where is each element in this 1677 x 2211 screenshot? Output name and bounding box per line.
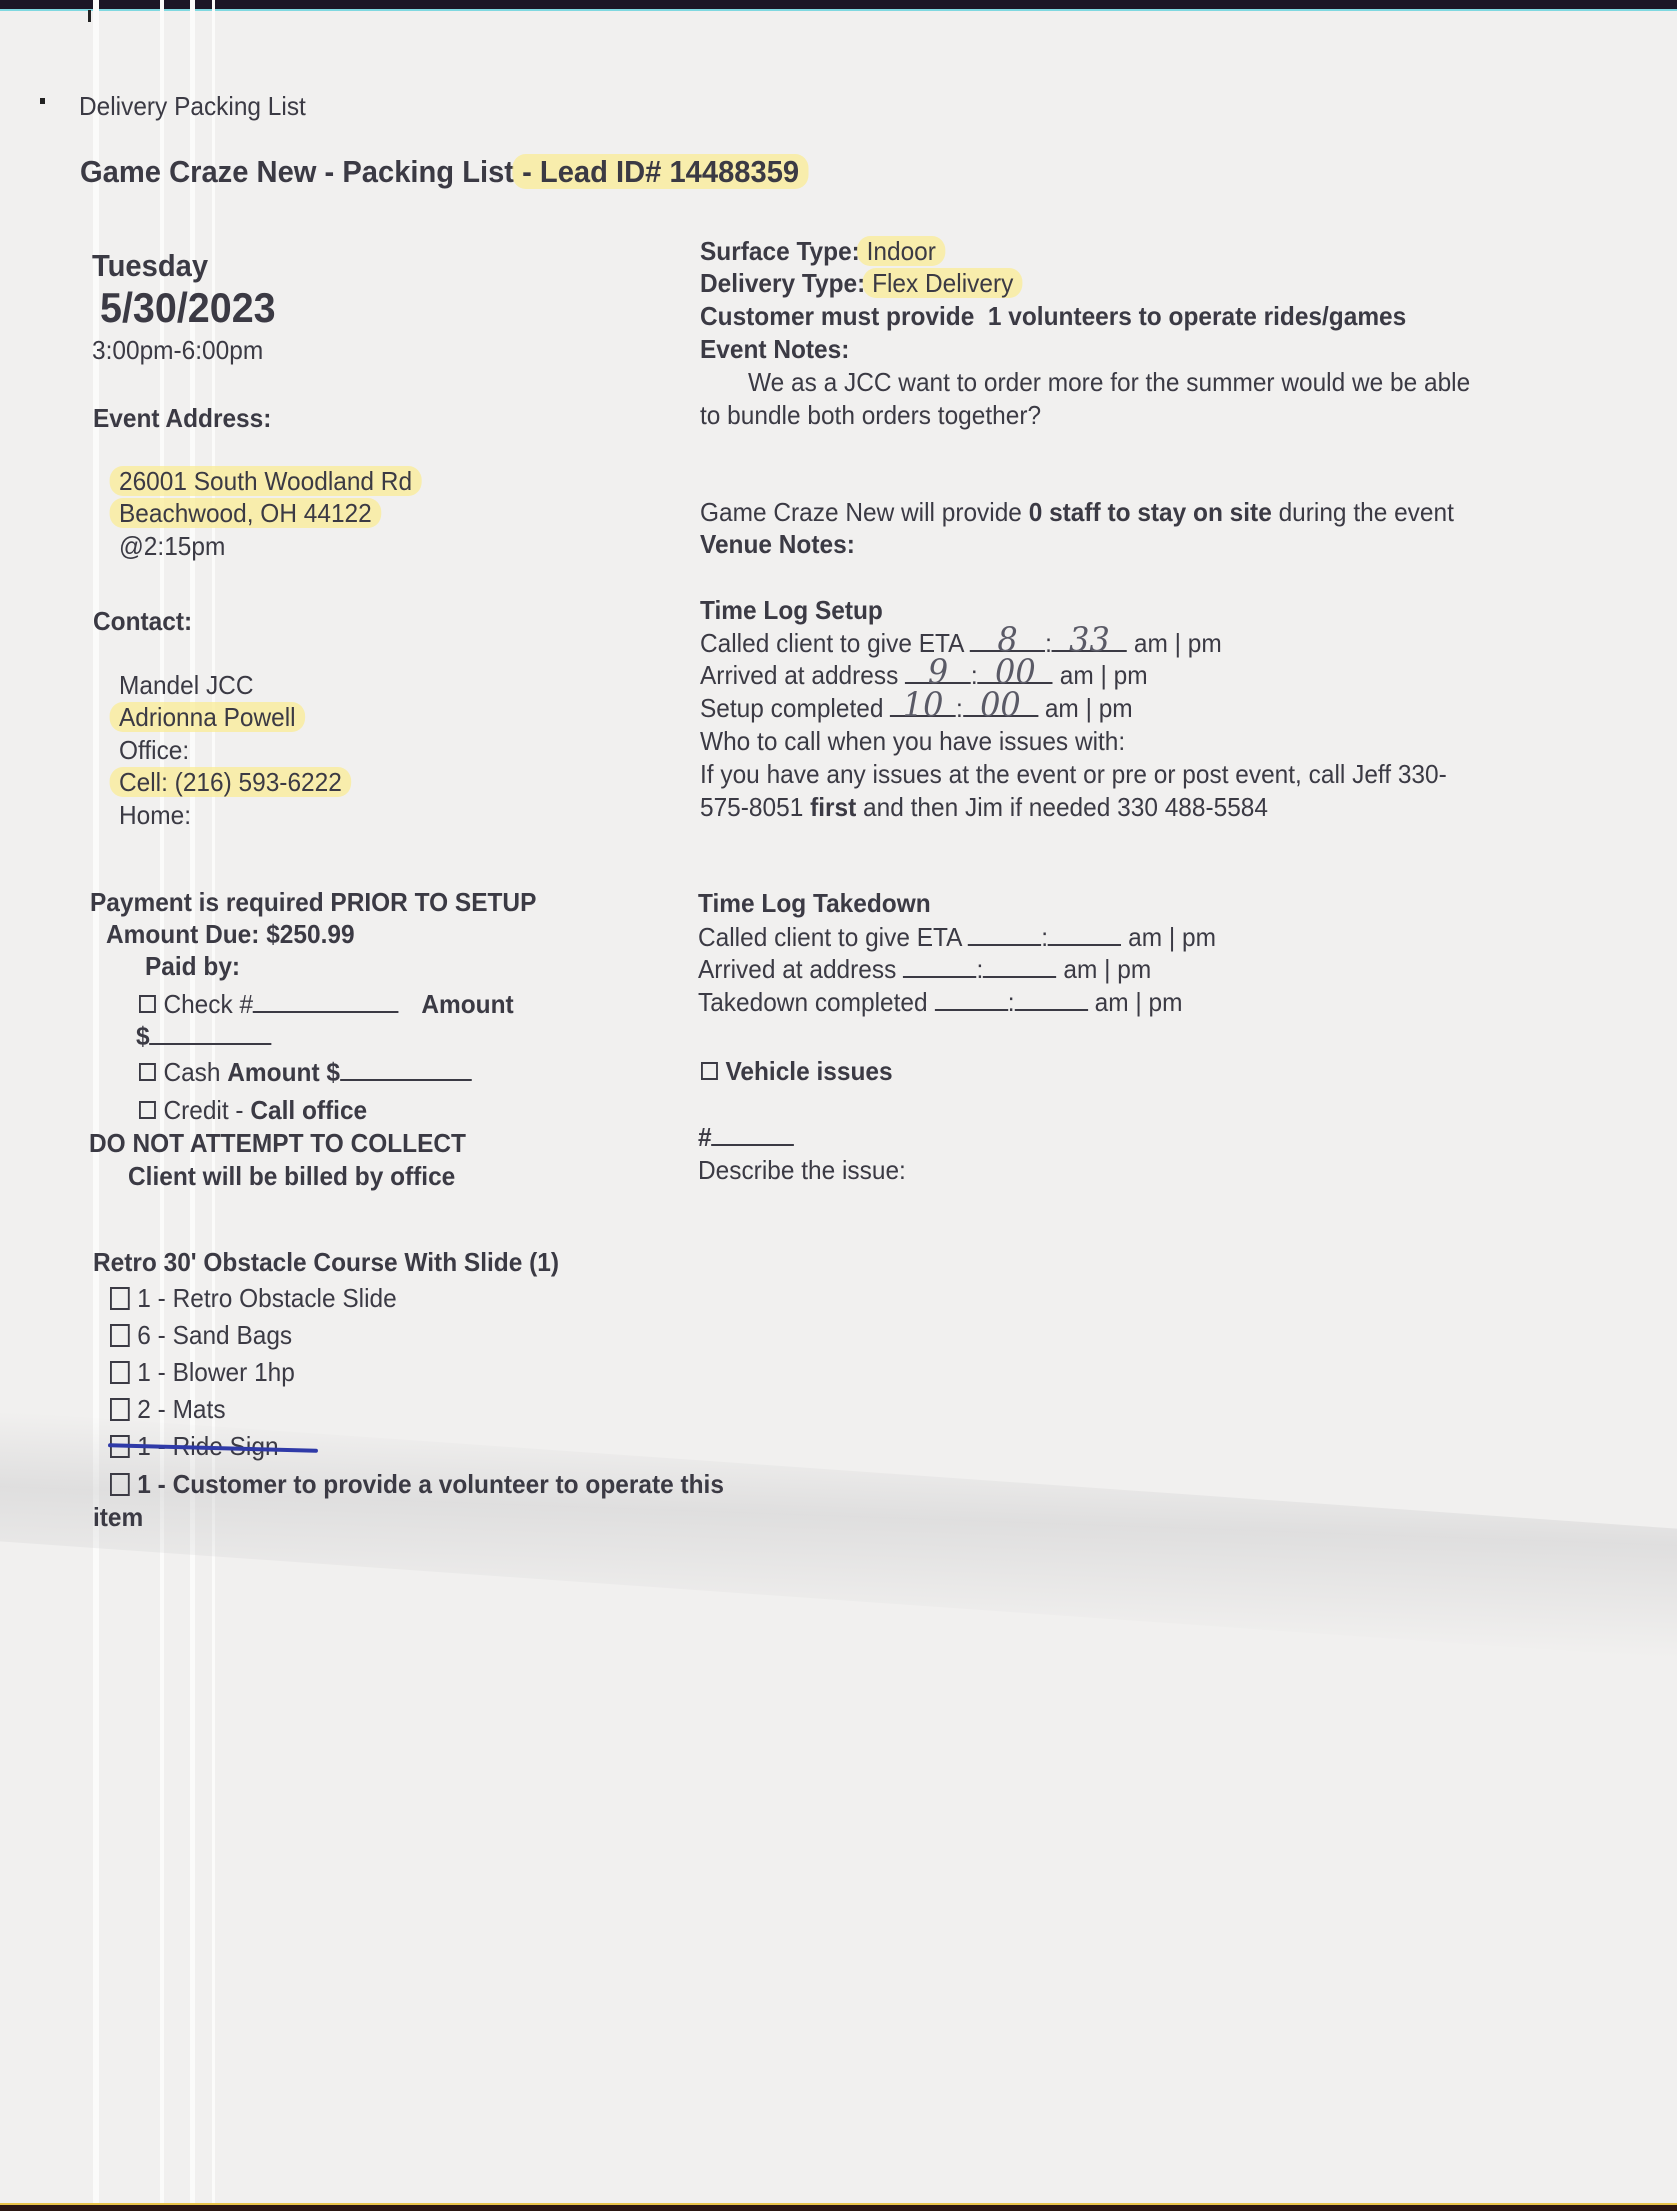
surface-type: Surface Type: Indoor: [700, 235, 936, 267]
contact-label: Contact:: [93, 605, 192, 637]
payment-heading: Payment is required PRIOR TO SETUP: [90, 886, 536, 918]
event-notes-line1: We as a JCC want to order more for the s…: [748, 366, 1470, 398]
time-log-takedown-row: Arrived at address : am | pm: [698, 953, 1151, 985]
checkbox[interactable]: [139, 1101, 156, 1119]
minute-field[interactable]: [1015, 987, 1088, 1011]
scan-edge-bottom: [0, 2203, 1677, 2211]
paid-by-label: Paid by:: [145, 950, 240, 982]
time-log-takedown-row: Called client to give ETA : am | pm: [698, 921, 1216, 953]
time-log-takedown-row: Takedown completed : am | pm: [698, 986, 1182, 1018]
venue-notes-label: Venue Notes:: [700, 528, 855, 560]
packing-item[interactable]: 2 - Mats: [110, 1393, 226, 1425]
title-main: Game Craze New - Packing List: [80, 154, 522, 189]
address-line1: 26001 South Woodland Rd: [119, 465, 412, 497]
lead-id: - Lead ID# 14488359: [513, 154, 809, 189]
issues-line2: 575-8051 first and then Jim if needed 33…: [700, 791, 1268, 823]
arrival-time: @2:15pm: [119, 530, 225, 562]
check-amount-field[interactable]: $: [136, 1020, 272, 1052]
minute-field[interactable]: [983, 954, 1056, 978]
hour-field[interactable]: [968, 922, 1041, 946]
volunteer-item-cont: item: [93, 1501, 143, 1533]
payment-check-option[interactable]: Check #Amount: [139, 988, 514, 1020]
vehicle-issues-option[interactable]: Vehicle issues: [701, 1055, 893, 1087]
checkbox[interactable]: [110, 1287, 130, 1310]
delivery-type: Delivery Type: Flex Delivery: [700, 267, 1013, 299]
contact-name: Adrionna Powell: [119, 701, 296, 733]
contact-cell: Cell: (216) 593-6222: [119, 766, 342, 798]
contact-organization: Mandel JCC: [119, 669, 253, 701]
hour-field[interactable]: [934, 987, 1007, 1011]
payment-credit-option[interactable]: Credit - Call office: [139, 1094, 367, 1126]
amount-due: Amount Due: $250.99: [106, 918, 355, 950]
checkbox[interactable]: [139, 1063, 156, 1081]
packing-item[interactable]: 1 - Blower 1hp: [110, 1356, 295, 1388]
scan-streak: [93, 0, 99, 2211]
issues-line1: If you have any issues at the event or p…: [700, 758, 1447, 790]
vehicle-number-field[interactable]: #: [698, 1121, 794, 1153]
event-time: 3:00pm-6:00pm: [92, 334, 263, 366]
do-not-collect-warning: DO NOT ATTEMPT TO COLLECT: [89, 1127, 466, 1159]
scan-mark: [88, 10, 91, 22]
packing-item[interactable]: 6 - Sand Bags: [110, 1319, 292, 1351]
packing-item[interactable]: 1 - Retro Obstacle Slide: [110, 1282, 397, 1314]
checkbox[interactable]: [110, 1473, 130, 1496]
contact-home: Home:: [119, 799, 191, 831]
time-log-setup-row: Setup completed 10:00 am | pm: [700, 692, 1133, 724]
checkbox[interactable]: [701, 1062, 718, 1080]
volunteers-required: Customer must provide 1 volunteers to op…: [700, 300, 1406, 332]
event-date: 5/30/2023: [100, 284, 276, 332]
bullet-mark: [40, 98, 45, 104]
event-notes-line2: to bundle both orders together?: [700, 399, 1041, 431]
hour-field[interactable]: 8: [970, 628, 1045, 652]
event-address-label: Event Address:: [93, 402, 271, 434]
hour-field[interactable]: 9: [905, 660, 971, 684]
time-log-setup-row: Called client to give ETA 8:33 am | pm: [700, 627, 1222, 659]
describe-issue-label: Describe the issue:: [698, 1154, 906, 1186]
minute-field[interactable]: 00: [963, 693, 1038, 717]
event-day: Tuesday: [92, 249, 208, 283]
who-to-call: Who to call when you have issues with:: [700, 725, 1125, 757]
contact-office: Office:: [119, 734, 189, 766]
hour-field[interactable]: 10: [890, 693, 956, 717]
vehicle-number-blank[interactable]: [712, 1122, 795, 1146]
document-type: Delivery Packing List: [79, 90, 306, 122]
address-line2: Beachwood, OH 44122: [119, 497, 372, 529]
checkbox[interactable]: [110, 1361, 130, 1384]
minute-field[interactable]: 00: [978, 660, 1053, 684]
volunteer-item[interactable]: 1 - Customer to provide a volunteer to o…: [110, 1468, 724, 1500]
billed-note: Client will be billed by office: [128, 1160, 455, 1192]
time-log-takedown-heading: Time Log Takedown: [698, 887, 931, 919]
page-title: Game Craze New - Packing List - Lead ID#…: [80, 153, 799, 191]
minute-field[interactable]: [1048, 922, 1121, 946]
payment-cash-option[interactable]: Cash Amount $: [139, 1056, 472, 1088]
minute-field[interactable]: 33: [1052, 628, 1127, 652]
cash-amount-field[interactable]: [340, 1057, 472, 1081]
checkbox[interactable]: [110, 1324, 130, 1347]
check-number-field[interactable]: [253, 989, 399, 1013]
event-notes-label: Event Notes:: [700, 333, 849, 365]
checkbox[interactable]: [139, 995, 156, 1013]
check-amount-blank[interactable]: [150, 1021, 272, 1045]
hour-field[interactable]: [903, 954, 976, 978]
scan-edge-top: [0, 0, 1677, 11]
staff-note: Game Craze New will provide 0 staff to s…: [700, 496, 1454, 528]
packing-heading: Retro 30' Obstacle Course With Slide (1): [93, 1246, 559, 1278]
checkbox[interactable]: [110, 1398, 130, 1421]
time-log-setup-heading: Time Log Setup: [700, 594, 883, 626]
